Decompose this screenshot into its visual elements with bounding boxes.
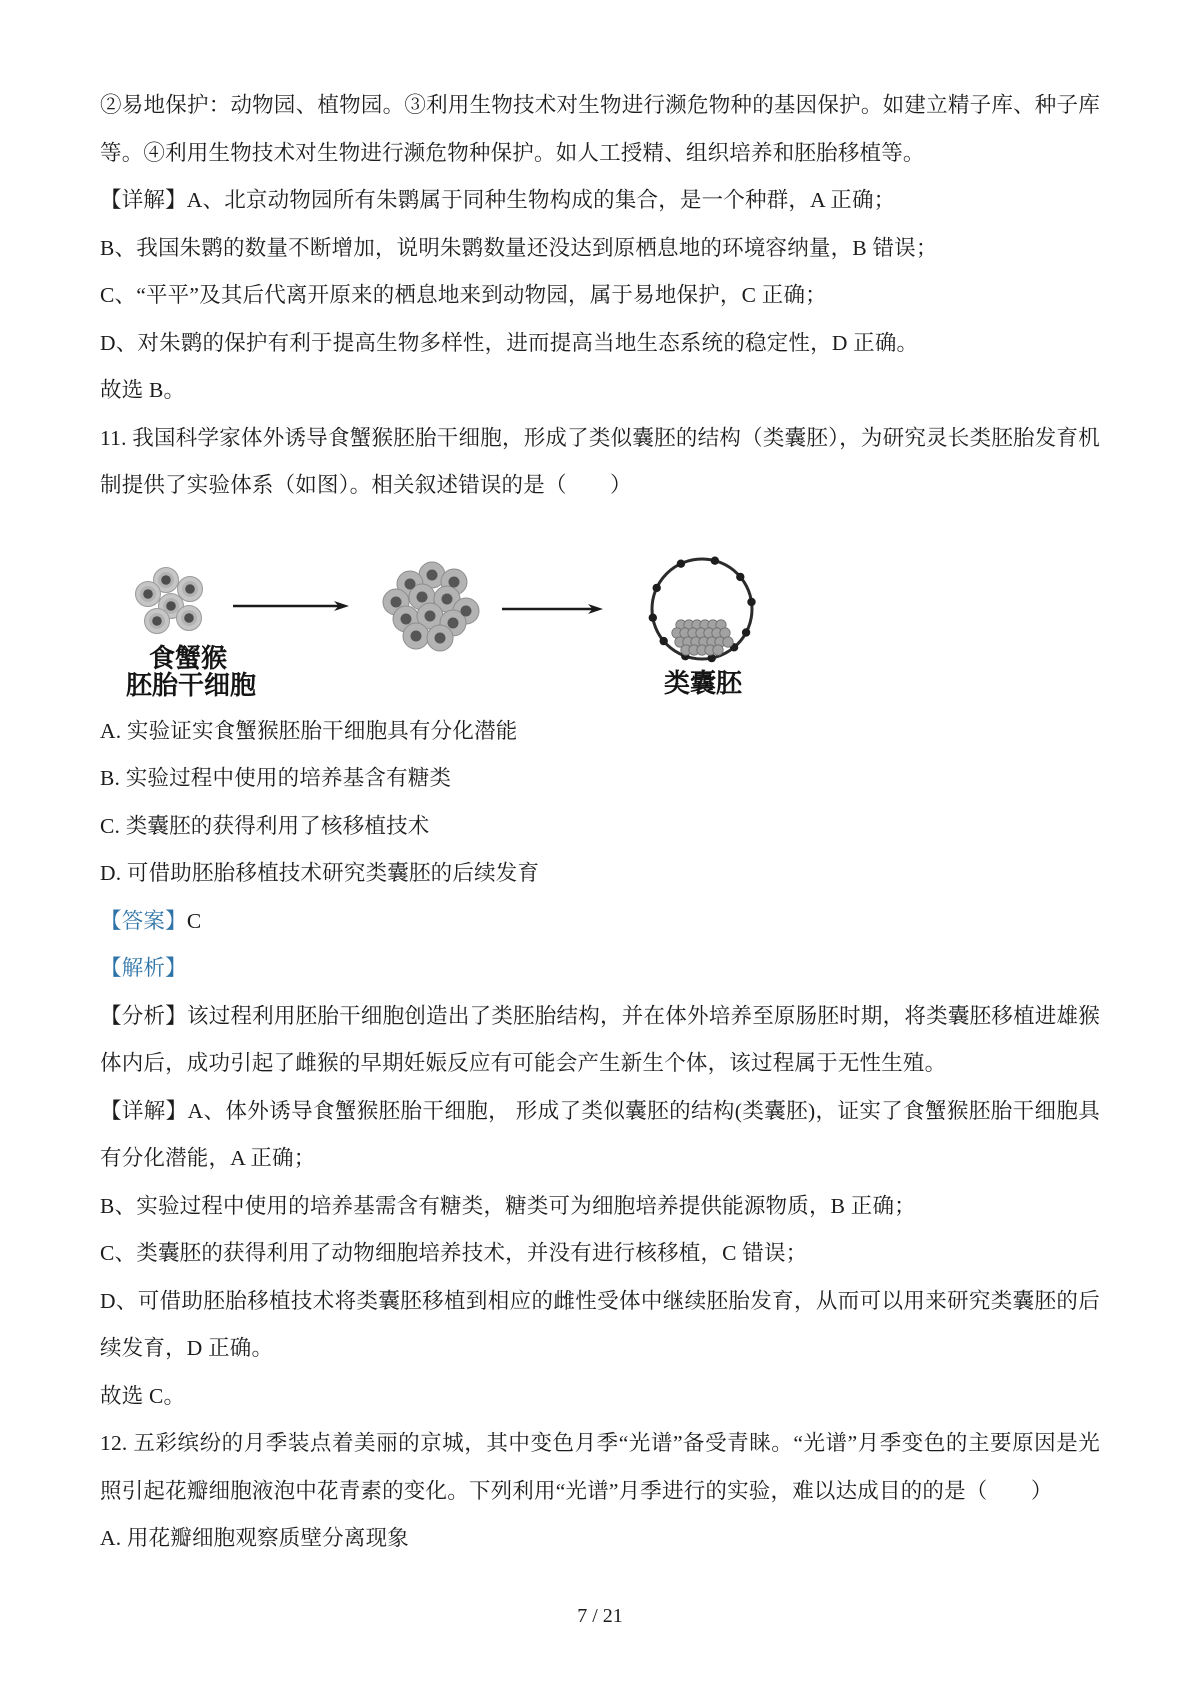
paragraph-conservation-notes: ②易地保护：动物园、植物园。③利用生物技术对生物进行濒危物种的基因保护。如建立精… (100, 82, 1100, 177)
q11-detail-c: C、类囊胚的获得利用了动物细胞培养技术，并没有进行核移植，C 错误； (100, 1230, 1100, 1278)
paragraph-q10-detail-c: C、“平平”及其后代离开原来的栖息地来到动物园，属于易地保护，C 正确； (100, 272, 1100, 320)
figure-label-result: 类囊胚 (664, 668, 743, 698)
paragraph-q10-detail-a: 【详解】A、北京动物园所有朱鹮属于同种生物构成的集合，是一个种群，A 正确； (100, 177, 1100, 225)
paragraph-q10-detail-d: D、对朱鹮的保护有利于提高生物多样性，进而提高当地生态系统的稳定性，D 正确。 (100, 320, 1100, 368)
q11-option-c: C. 类囊胚的获得利用了核移植技术 (100, 803, 1100, 851)
q11-analysis-label: 【解析】 (100, 945, 1100, 993)
q11-analysis: 【分析】该过程利用胚胎干细胞创造出了类胚胎结构，并在体外培养至原肠胚时期，将类囊… (100, 993, 1100, 1088)
q11-detail-a: 【详解】A、体外诱导食蟹猴胚胎干细胞， 形成了类似囊胚的结构(类囊胚)，证实了食… (100, 1088, 1100, 1183)
q11-answer-line: 【答案】C (100, 898, 1100, 946)
cell-aggregate-icon (383, 562, 479, 651)
blastoid-process-diagram: 食蟹猴 胚胎干细胞 类囊胚 (100, 518, 860, 698)
arrow-right-icon (233, 601, 349, 611)
q11-conclusion: 故选 C。 (100, 1373, 1100, 1421)
blastoid-icon (649, 556, 756, 662)
answer-label: 【答案】 (100, 909, 187, 933)
stem-cell-cluster-icon (136, 567, 203, 633)
q11-option-a: A. 实验证实食蟹猴胚胎干细胞具有分化潜能 (100, 708, 1100, 756)
q11-figure: 食蟹猴 胚胎干细胞 类囊胚 (100, 518, 1100, 698)
exam-answer-page: ②易地保护：动物园、植物园。③利用生物技术对生物进行濒危物种的基因保护。如建立精… (0, 0, 1200, 1697)
question-12-stem: 12. 五彩缤纷的月季装点着美丽的京城，其中变色月季“光谱”备受青睐。“光谱”月… (100, 1420, 1100, 1515)
page-number: 7 / 21 (100, 1604, 1100, 1628)
q12-option-a: A. 用花瓣细胞观察质壁分离现象 (100, 1515, 1100, 1563)
question-11-stem: 11. 我国科学家体外诱导食蟹猴胚胎干细胞，形成了类似囊胚的结构（类囊胚），为研… (100, 415, 1100, 510)
paragraph-q10-detail-b: B、我国朱鹮的数量不断增加，说明朱鹮数量还没达到原栖息地的环境容纳量，B 错误； (100, 225, 1100, 273)
answer-value: C (187, 909, 202, 933)
figure-label-source-line1: 食蟹猴 (149, 643, 227, 673)
arrow-right-icon (502, 604, 603, 614)
q11-option-d: D. 可借助胚胎移植技术研究类囊胚的后续发育 (100, 850, 1100, 898)
q11-option-b: B. 实验过程中使用的培养基含有糖类 (100, 755, 1100, 803)
figure-label-source-line2: 胚胎干细胞 (126, 670, 256, 698)
paragraph-q10-conclusion: 故选 B。 (100, 367, 1100, 415)
q11-detail-b: B、实验过程中使用的培养基需含有糖类，糖类可为细胞培养提供能源物质，B 正确； (100, 1183, 1100, 1231)
q11-detail-d: D、可借助胚胎移植技术将类囊胚移植到相应的雌性受体中继续胚胎发育，从而可以用来研… (100, 1278, 1100, 1373)
